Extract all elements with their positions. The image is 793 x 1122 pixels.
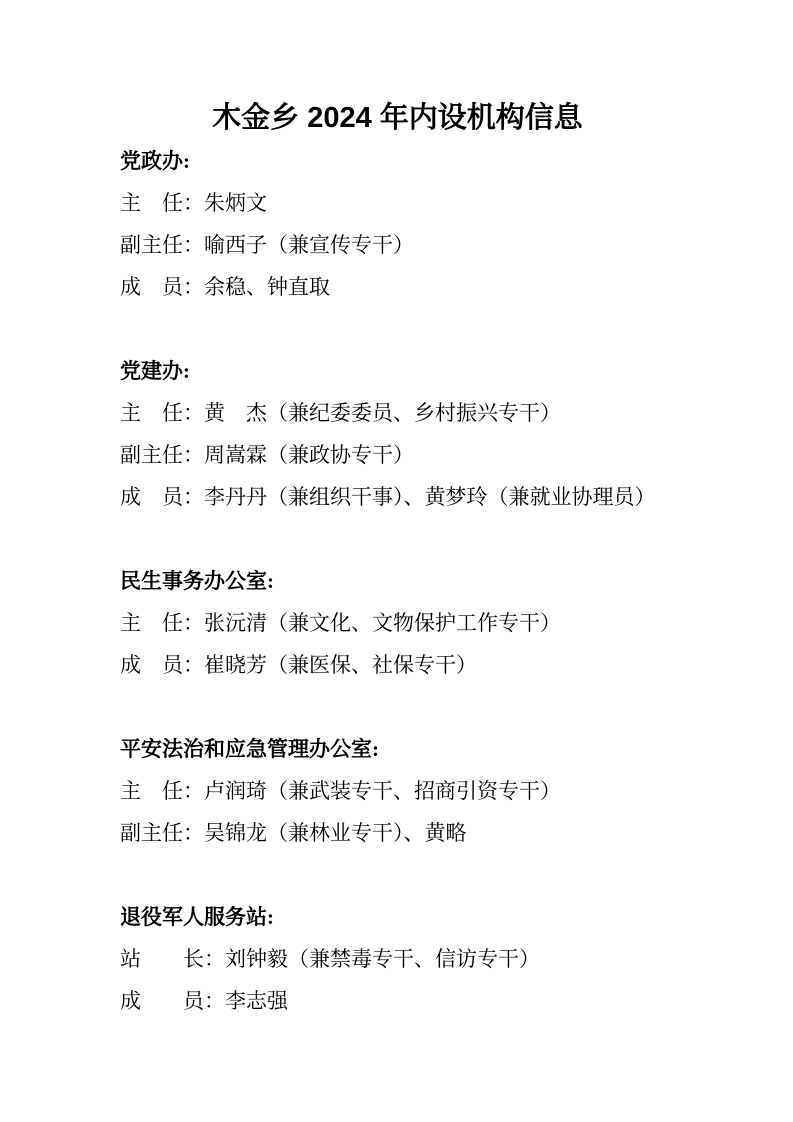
section-minsheng-shiwu: 民生事务办公室: 主 任：张沅清（兼文化、文物保护工作专干） 成 员：崔晓芳（兼… [120,560,675,686]
staff-row: 成 员：崔晓芳（兼医保、社保专干） [120,644,675,686]
section-heading: 党政办: [120,140,675,182]
staff-row: 副主任：周嵩霖（兼政协专干） [120,434,675,476]
staff-row: 主 任：黄 杰（兼纪委委员、乡村振兴专干） [120,392,675,434]
section-dangzhengban: 党政办: 主 任：朱炳文 副主任：喻西子（兼宣传专干） 成 员：余稳、钟直取 [120,140,675,308]
section-heading: 平安法治和应急管理办公室: [120,728,675,770]
staff-row: 站 长：刘钟毅（兼禁毒专干、信访专干） [120,938,675,980]
staff-row: 主 任：卢润琦（兼武装专干、招商引资专干） [120,770,675,812]
staff-row: 成 员：李志强 [120,980,675,1022]
staff-row: 成 员：余稳、钟直取 [120,266,675,308]
section-tuiyi-junren: 退役军人服务站: 站 长：刘钟毅（兼禁毒专干、信访专干） 成 员：李志强 [120,896,675,1022]
document-page: 木金乡 2024 年内设机构信息 党政办: 主 任：朱炳文 副主任：喻西子（兼宣… [0,0,793,1122]
staff-row: 成 员：李丹丹（兼组织干事）、黄梦玲（兼就业协理员） [120,476,675,518]
document-title: 木金乡 2024 年内设机构信息 [120,96,675,140]
sections-container: 党政办: 主 任：朱炳文 副主任：喻西子（兼宣传专干） 成 员：余稳、钟直取 党… [120,140,675,1022]
section-pingan-fazhi: 平安法治和应急管理办公室: 主 任：卢润琦（兼武装专干、招商引资专干） 副主任：… [120,728,675,854]
section-heading: 退役军人服务站: [120,896,675,938]
staff-row: 主 任：朱炳文 [120,182,675,224]
staff-row: 主 任：张沅清（兼文化、文物保护工作专干） [120,602,675,644]
staff-row: 副主任：吴锦龙（兼林业专干）、黄略 [120,812,675,854]
section-dangjianban: 党建办: 主 任：黄 杰（兼纪委委员、乡村振兴专干） 副主任：周嵩霖（兼政协专干… [120,350,675,518]
staff-row: 副主任：喻西子（兼宣传专干） [120,224,675,266]
section-heading: 民生事务办公室: [120,560,675,602]
section-heading: 党建办: [120,350,675,392]
